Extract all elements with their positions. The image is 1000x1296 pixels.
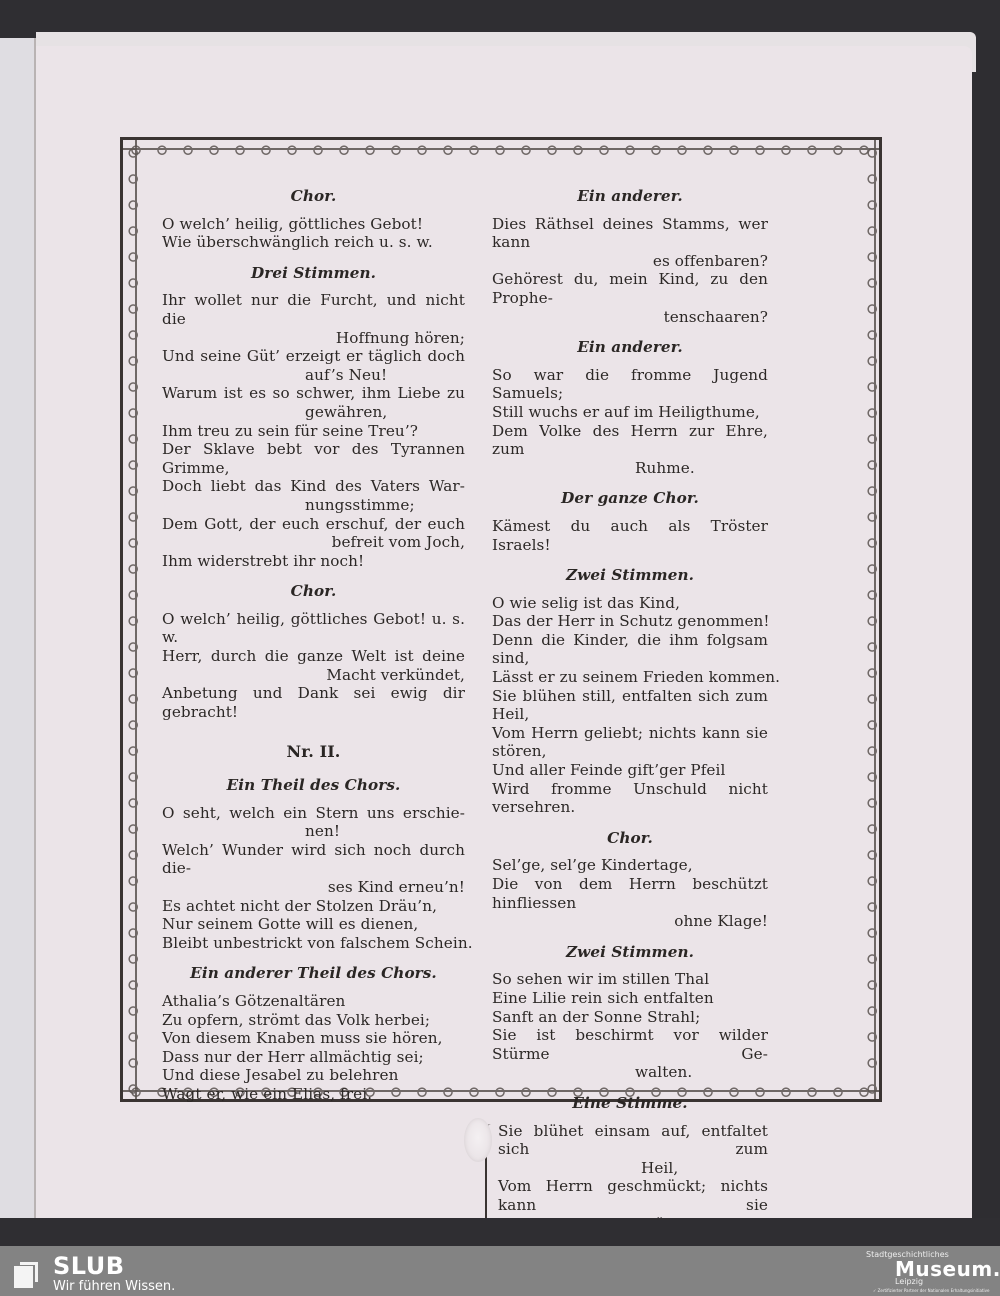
verse-line: Vom Herrn geliebt; nichts kann sie störe…: [492, 724, 768, 761]
verse-line: es offenbaren?: [492, 252, 768, 271]
verse-line: O welch’ heilig, göttliches Gebot! u. s.…: [162, 610, 465, 647]
verse-line: Dem Gott, der euch erschuf, der euch: [162, 515, 465, 534]
verse-line: Von diesem Knaben muss sie hören,: [162, 1029, 465, 1048]
verse-line: Ihm widerstrebt ihr noch!: [162, 552, 465, 571]
verse-line: Lässt er zu seinem Frieden kommen.: [492, 668, 768, 687]
verse-line: Welch’ Wunder wird sich noch durch die-: [162, 841, 465, 878]
verse-line: nen!: [162, 822, 465, 841]
verse-line: Doch liebt das Kind des Vaters War-: [162, 477, 465, 496]
verse-line: Gehörest du, mein Kind, zu den Prophe-: [492, 270, 768, 307]
verse-line: Zu opfern, strömt das Volk herbei;: [162, 1011, 465, 1030]
verse-line: Wie überschwänglich reich u. s. w.: [162, 233, 465, 252]
voice-heading: Chor.: [162, 582, 465, 601]
scan-background-bottom: [0, 1218, 1000, 1246]
verse-line: gewähren,: [162, 403, 465, 422]
verse-line: Still wuchs er auf im Heiligthume,: [492, 403, 768, 422]
verse-line: ohne Klage!: [492, 912, 768, 931]
blind-embossed-stamp: [464, 1118, 492, 1162]
verse-line: Nur seinem Gotte will es dienen,: [162, 915, 465, 934]
verse-line: Wagt er, wie ein Elias, frei.: [162, 1085, 465, 1104]
slub-logo-icon[interactable]: [14, 1262, 38, 1288]
verse-line: Sel’ge, sel’ge Kindertage,: [492, 856, 768, 875]
verse-line: Sanft an der Sonne Strahl;: [492, 1008, 768, 1027]
slub-name[interactable]: SLUB: [53, 1252, 125, 1280]
verse-line: Anbetung und Dank sei ewig dir gebracht!: [162, 684, 465, 721]
verse-block: Kämest du auch als Tröster Israels!: [492, 517, 768, 554]
voice-heading: Ein Theil des Chors.: [162, 776, 465, 795]
voice-heading: Drei Stimmen.: [162, 264, 465, 283]
text-column-right: Ein anderer.Dies Räthsel deines Stamms, …: [492, 187, 768, 1296]
voice-heading: Der ganze Chor.: [492, 489, 768, 508]
verse-line: Es achtet nicht der Stolzen Dräu’n,: [162, 897, 465, 916]
verse-line: Der Sklave bebt vor des Tyrannen Grimme,: [162, 440, 465, 477]
verse-line: Ihr wollet nur die Furcht, und nicht die: [162, 291, 465, 328]
verse-block: So sehen wir im stillen ThalEine Lilie r…: [492, 970, 768, 1082]
voice-heading: Zwei Stimmen.: [492, 943, 768, 962]
voice-heading: Chor.: [492, 829, 768, 848]
ornament-scroll-left: [123, 140, 140, 1099]
text-column-left: Chor.O welch’ heilig, göttliches Gebot!W…: [162, 187, 465, 1116]
slub-tagline: Wir führen Wissen.: [53, 1279, 175, 1294]
verse-line: Bleibt unbestrickt von falschem Schein.: [162, 934, 465, 953]
verse-line: Eine Lilie rein sich entfalten: [492, 989, 768, 1008]
voice-heading: Ein anderer Theil des Chors.: [162, 964, 465, 983]
verse-line: O welch’ heilig, göttliches Gebot!: [162, 215, 465, 234]
museum-certification: ✓ Zertifizierter Partner der Nationalen …: [873, 1288, 989, 1293]
verse-line: O wie selig ist das Kind,: [492, 594, 768, 613]
verse-block: Dies Räthsel deines Stamms, wer kannes o…: [492, 215, 768, 327]
verse-line: Heil,: [498, 1159, 768, 1178]
voice-heading: Zwei Stimmen.: [492, 566, 768, 585]
verse-line: ses Kind erneu’n!: [162, 878, 465, 897]
verse-block: O welch’ heilig, göttliches Gebot! u. s.…: [162, 610, 465, 722]
verse-block: Sel’ge, sel’ge Kindertage,Die von dem He…: [492, 856, 768, 930]
verse-line: Und seine Güt’ erzeigt er täglich doch: [162, 347, 465, 366]
verse-line: nungsstimme;: [162, 496, 465, 515]
verse-block: So war die fromme Jugend Samuels;Still w…: [492, 366, 768, 478]
verse-line: Warum ist es so schwer, ihm Liebe zu: [162, 384, 465, 403]
voice-heading: Chor.: [162, 187, 465, 206]
verse-line: Und aller Feinde gift’ger Pfeil: [492, 761, 768, 780]
verse-block: Athalia’s GötzenaltärenZu opfern, strömt…: [162, 992, 465, 1104]
verse-line: Dass nur der Herr allmächtig sei;: [162, 1048, 465, 1067]
voice-heading: Ein anderer.: [492, 187, 768, 206]
verse-line: auf’s Neu!: [162, 366, 465, 385]
verse-line: So war die fromme Jugend Samuels;: [492, 366, 768, 403]
verse-line: Denn die Kinder, die ihm folgsam sind,: [492, 631, 768, 668]
voice-heading: Eine Stimme.: [492, 1094, 768, 1113]
book-spine-edge: [0, 38, 36, 1218]
verse-line: Hoffnung hören;: [162, 329, 465, 348]
verse-line: Dem Volke des Herrn zur Ehre, zum: [492, 422, 768, 459]
ornament-scroll-top: [123, 140, 879, 157]
verse-line: Sie ist beschirmt vor wilder Stürme Ge-: [492, 1026, 768, 1063]
verse-line: walten.: [492, 1063, 768, 1082]
verse-line: So sehen wir im stillen Thal: [492, 970, 768, 989]
verse-line: Wird fromme Unschuld nicht versehren.: [492, 780, 768, 817]
verse-line: Die von dem Herrn beschützt hinfliessen: [492, 875, 768, 912]
voice-heading: Ein anderer.: [492, 338, 768, 357]
verse-line: Das der Herr in Schutz genommen!: [492, 612, 768, 631]
verse-block: O wie selig ist das Kind,Das der Herr in…: [492, 594, 768, 817]
section-number: Nr. II.: [162, 743, 465, 762]
verse-line: O seht, welch ein Stern uns erschie-: [162, 804, 465, 823]
ornament-scroll-right: [862, 140, 879, 1099]
verse-block: O seht, welch ein Stern uns erschie-nen!…: [162, 804, 465, 953]
verse-line: befreit vom Joch,: [162, 533, 465, 552]
verse-block: O welch’ heilig, göttliches Gebot!Wie üb…: [162, 215, 465, 252]
verse-line: Macht verkündet,: [162, 666, 465, 685]
verse-line: Kämest du auch als Tröster Israels!: [492, 517, 768, 554]
verse-line: Vom Herrn geschmückt; nichts kann sie: [498, 1177, 768, 1214]
verse-line: Sie blühen still, entfalten sich zum Hei…: [492, 687, 768, 724]
verse-line: Ruhme.: [492, 459, 768, 478]
verse-line: Herr, durch die ganze Welt ist deine: [162, 647, 465, 666]
verse-block: Ihr wollet nur die Furcht, und nicht die…: [162, 291, 465, 570]
verse-line: tenschaaren?: [492, 308, 768, 327]
verse-line: Ihm treu zu sein für seine Treu’?: [162, 422, 465, 441]
verse-line: Und diese Jesabel zu belehren: [162, 1066, 465, 1085]
logo-sheet-back: [20, 1262, 38, 1282]
museum-city: Leipzig: [895, 1277, 923, 1286]
verse-line: Dies Räthsel deines Stamms, wer kann: [492, 215, 768, 252]
verse-line: Athalia’s Götzenaltären: [162, 992, 465, 1011]
verse-line: Sie blühet einsam auf, entfaltet sich zu…: [498, 1122, 768, 1159]
